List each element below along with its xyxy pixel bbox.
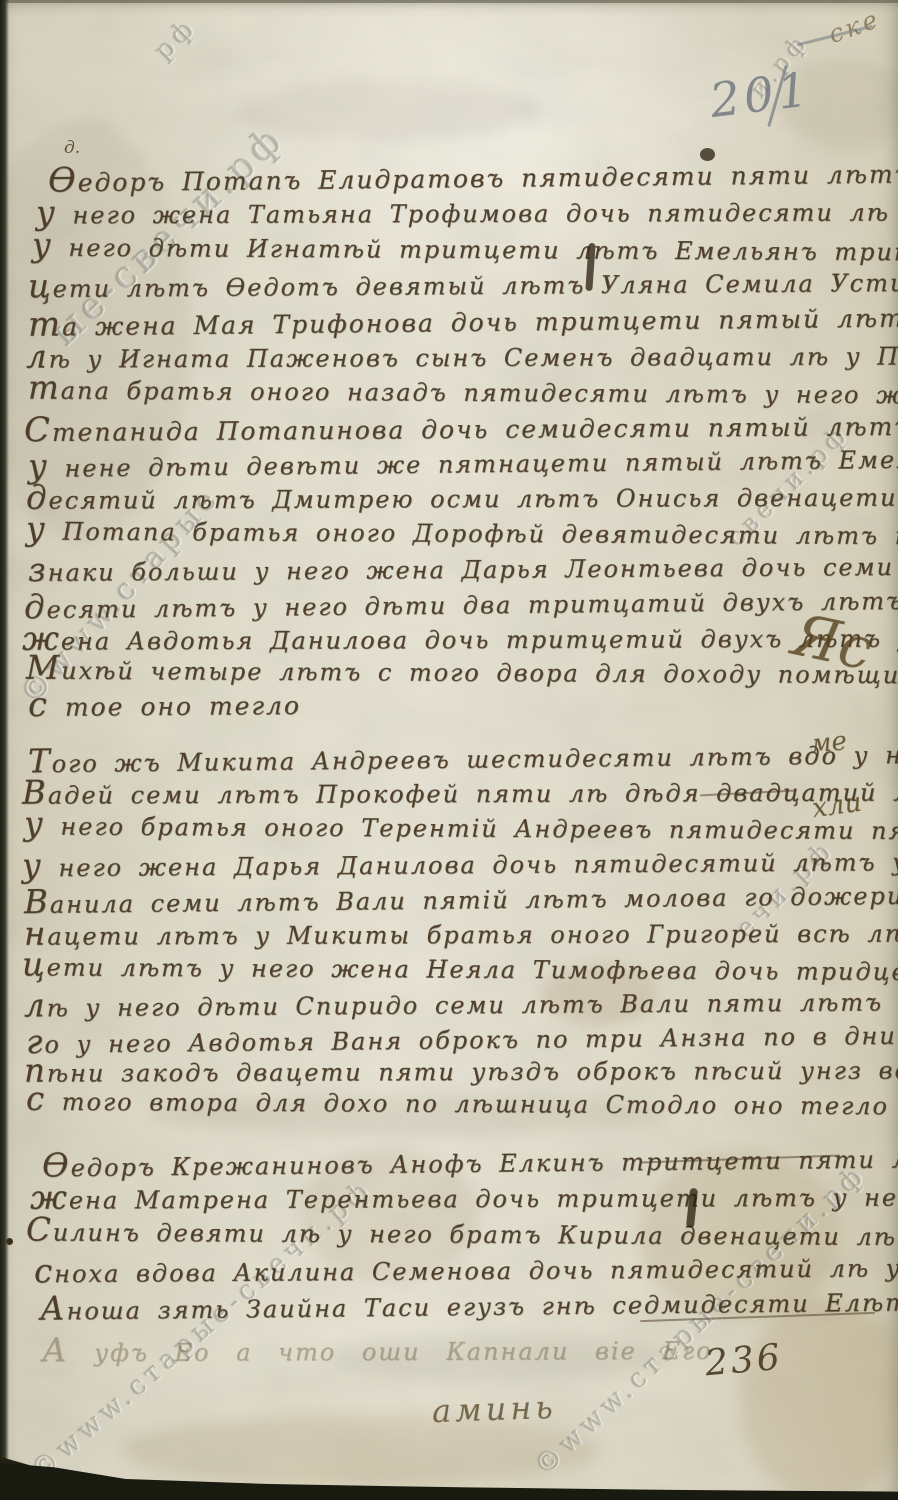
closing-word: аминь — [431, 1388, 557, 1430]
manuscript-line: с тое оно тегло — [28, 683, 301, 724]
manuscript-line: А уфъ Ео а что оши Капнали віе Его — [42, 1329, 713, 1369]
paper-stain — [740, 1300, 898, 1500]
manuscript-line: у него жена Татьяна Трофимова дочь пятид… — [36, 191, 890, 232]
scan-edge-left — [0, 0, 9, 1500]
manuscript-line: с того втора для дохо по лѣшница Стодло … — [26, 1080, 889, 1123]
superscript-mark: д. — [64, 138, 80, 158]
scan-edge-top — [0, 0, 898, 3]
manuscript-scan: рфи.рфые-свечи.рф©www.старыесвечи.рфечи.… — [0, 0, 898, 1500]
ink-blot — [700, 148, 715, 161]
ink-page-number: 236 — [703, 1337, 784, 1385]
paper-page: рфи.рфые-свечи.рф©www.старыесвечи.рфечи.… — [0, 0, 898, 1500]
watermark-text: рф — [149, 12, 203, 66]
margin-mark: ме — [809, 726, 849, 760]
ink-bleedthrough — [240, 80, 540, 140]
folio-corner-notation: ске — [825, 4, 884, 49]
manuscript-line: Аноша зять Заийна Таси егузъ гнѣ седмиде… — [40, 1280, 898, 1327]
